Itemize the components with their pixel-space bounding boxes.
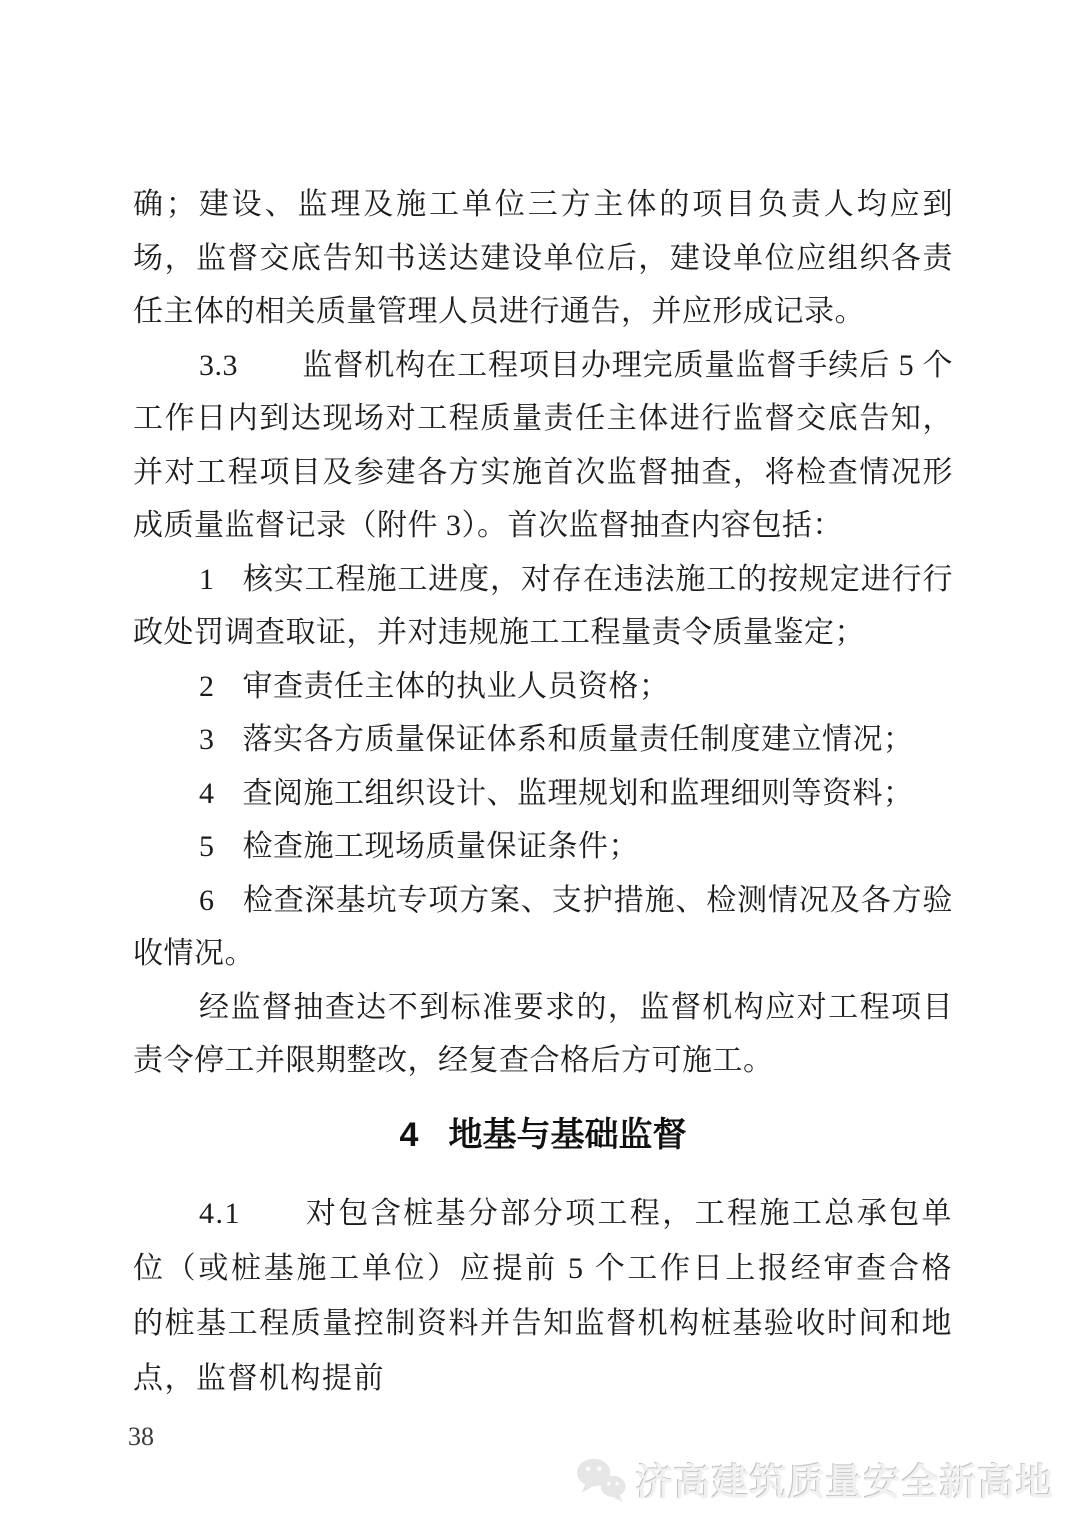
paragraph-text: 经监督抽查达不到标准要求的，监督机构应对工程项目责令停工并限期整改，经复查合格后… xyxy=(133,991,953,1078)
paragraph-text: 检查施工现场质量保证条件； xyxy=(243,830,640,863)
list-item-4: 4查阅施工组织设计、监理规划和监理细则等资料； xyxy=(133,767,953,821)
section-heading: 4地基与基础监督 xyxy=(133,1110,953,1160)
list-item-1: 1核实工程施工进度，对存在违法施工的按规定进行行政处罚调查取证，并对违规施工工程… xyxy=(133,553,953,660)
paragraph-closing: 经监督抽查达不到标准要求的，监督机构应对工程项目责令停工并限期整改，经复查合格后… xyxy=(133,981,953,1088)
paragraph-text: 核实工程施工进度，对存在违法施工的按规定进行行政处罚调查取证，并对违规施工工程量… xyxy=(133,563,953,650)
clause-number: 4.1 xyxy=(199,1197,241,1230)
section-heading-number: 4 xyxy=(400,1116,419,1154)
list-item-number: 2 xyxy=(199,670,215,703)
paragraph-text: 落实各方质量保证体系和质量责任制度建立情况； xyxy=(243,723,914,756)
list-item-number: 5 xyxy=(199,830,215,863)
section-heading-title: 地基与基础监督 xyxy=(448,1116,686,1154)
watermark: 济高建筑质量安全新高地 xyxy=(574,1452,1054,1506)
list-item-6: 6检查深基坑专项方案、支护措施、检测情况及各方验收情况。 xyxy=(133,874,953,981)
paragraph-text: 监督机构在工程项目办理完质量监督手续后 5 个工作日内到达现场对工程质量责任主体… xyxy=(133,349,953,543)
wechat-icon xyxy=(574,1455,630,1503)
list-item-number: 3 xyxy=(199,723,215,756)
paragraph-continuation: 确；建设、监理及施工单位三方主体的项目负责人均应到场，监督交底告知书送达建设单位… xyxy=(133,178,953,339)
paragraph-text: 确；建设、监理及施工单位三方主体的项目负责人均应到场，监督交底告知书送达建设单位… xyxy=(133,188,953,328)
watermark-text: 济高建筑质量安全新高地 xyxy=(636,1452,1054,1506)
list-item-5: 5检查施工现场质量保证条件； xyxy=(133,820,953,874)
paragraph-text: 检查深基坑专项方案、支护措施、检测情况及各方验收情况。 xyxy=(133,884,953,971)
clause-3-3: 3.3监督机构在工程项目办理完质量监督手续后 5 个工作日内到达现场对工程质量责… xyxy=(133,339,953,553)
paragraph-text: 对包含桩基分部分项工程，工程施工总承包单位（或桩基施工单位）应提前 5 个工作日… xyxy=(133,1197,953,1395)
document-page: 确；建设、监理及施工单位三方主体的项目负责人均应到场，监督交底告知书送达建设单位… xyxy=(0,0,1080,1527)
document-body: 确；建设、监理及施工单位三方主体的项目负责人均应到场，监督交底告知书送达建设单位… xyxy=(133,178,953,1406)
list-item-number: 6 xyxy=(199,884,215,917)
page-number: 38 xyxy=(128,1422,154,1452)
paragraph-text: 查阅施工组织设计、监理规划和监理细则等资料； xyxy=(243,777,914,810)
paragraph-text: 审查责任主体的执业人员资格； xyxy=(243,670,670,703)
list-item-2: 2审查责任主体的执业人员资格； xyxy=(133,660,953,714)
list-item-number: 1 xyxy=(199,563,215,596)
list-item-3: 3落实各方质量保证体系和质量责任制度建立情况； xyxy=(133,713,953,767)
list-item-number: 4 xyxy=(199,777,215,810)
clause-number: 3.3 xyxy=(199,349,238,382)
clause-4-1: 4.1对包含桩基分部分项工程，工程施工总承包单位（或桩基施工单位）应提前 5 个… xyxy=(133,1186,953,1406)
